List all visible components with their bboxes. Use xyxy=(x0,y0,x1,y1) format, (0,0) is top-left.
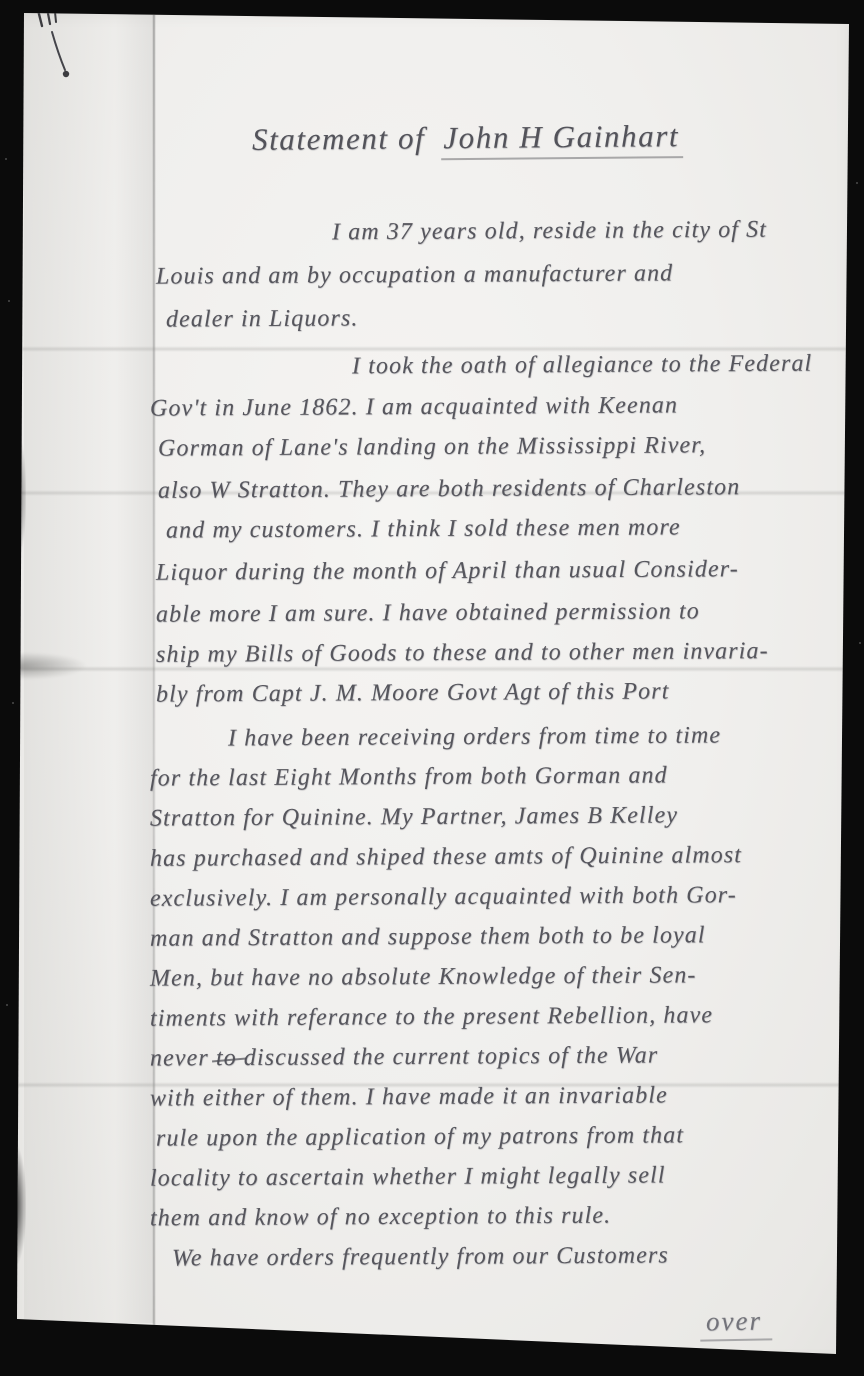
handwritten-line: bly from Capt J. M. Moore Govt Agt of th… xyxy=(156,678,670,708)
handwritten-line: Men, but have no absolute Knowledge of t… xyxy=(150,962,697,992)
title-prefix: Statement of xyxy=(252,120,426,157)
handwritten-line: locality to ascertain whether I might le… xyxy=(150,1162,666,1192)
over-note: over xyxy=(700,1305,773,1341)
title-name: John H Gainhart xyxy=(441,118,683,160)
handwritten-line: We have orders frequently from our Custo… xyxy=(172,1242,669,1272)
handwritten-line: man and Stratton and suppose them both t… xyxy=(150,922,706,952)
handwritten-line: for the last Eight Months from both Gorm… xyxy=(150,762,668,792)
dust-speck xyxy=(12,702,14,704)
dust-speck xyxy=(6,1004,8,1006)
handwritten-line: them and know of no exception to this ru… xyxy=(150,1203,611,1233)
vertical-fold-crease xyxy=(153,10,155,1355)
document-title: Statement ofJohn H Gainhart xyxy=(252,118,683,158)
document-page: Statement ofJohn H Gainhart I am 37 year… xyxy=(0,0,864,1376)
handwritten-line: has purchased and shiped these amts of Q… xyxy=(150,842,742,873)
edge-smudge xyxy=(18,652,88,680)
handwritten-line: Louis and am by occupation a manufacture… xyxy=(156,260,673,290)
handwritten-line: also W Stratton. They are both residents… xyxy=(158,474,740,505)
dust-speck xyxy=(856,182,858,184)
handwritten-line: Gorman of Lane's landing on the Mississi… xyxy=(158,432,706,462)
handwritten-line: rule upon the application of my patrons … xyxy=(156,1122,684,1152)
handwritten-line: with either of them. I have made it an i… xyxy=(150,1082,668,1112)
handwritten-line: I took the oath of allegiance to the Fed… xyxy=(352,351,812,381)
handwritten-line: able more I am sure. I have obtained per… xyxy=(156,598,700,628)
handwritten-line: I am 37 years old, reside in the city of… xyxy=(332,217,767,247)
handwritten-line: and my customers. I think I sold these m… xyxy=(166,514,681,544)
handwritten-line: exclusively. I am personally acquainted … xyxy=(150,882,737,913)
handwritten-line: dealer in Liquors. xyxy=(166,305,359,333)
handwritten-line: ship my Bills of Goods to these and to o… xyxy=(156,638,769,669)
dust-speck xyxy=(8,300,10,302)
handwritten-line: I have been receiving orders from time t… xyxy=(228,722,721,752)
handwritten-line: Liquor during the month of April than us… xyxy=(156,556,739,587)
dust-speck xyxy=(5,158,7,160)
handwritten-line: never to discussed the current topics of… xyxy=(150,1042,658,1072)
handwritten-line: timents with referance to the present Re… xyxy=(150,1002,713,1032)
dust-speck xyxy=(859,642,861,644)
ink-scratch-mark xyxy=(28,4,88,94)
handwritten-line: Gov't in June 1862. I am acquainted with… xyxy=(150,392,678,422)
handwritten-line: Stratton for Quinine. My Partner, James … xyxy=(150,802,678,832)
